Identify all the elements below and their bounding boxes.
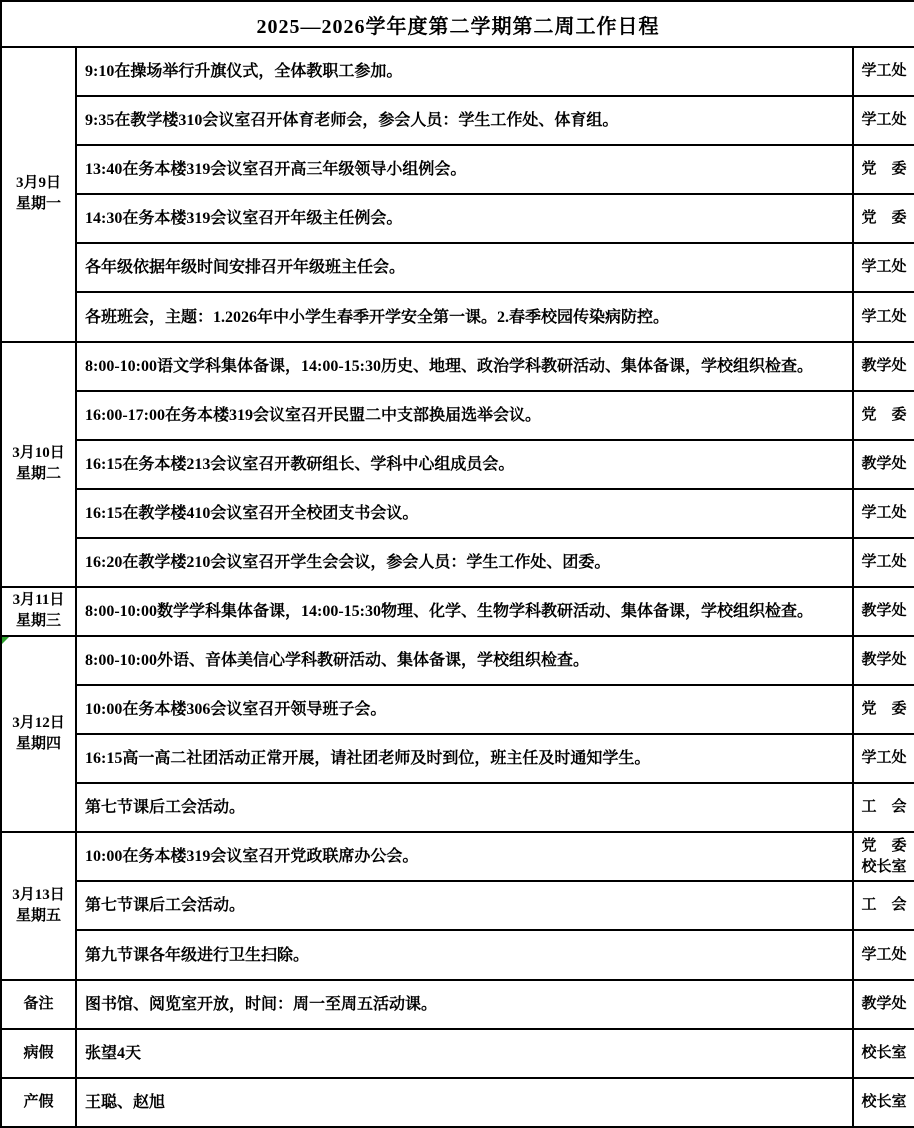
department-label: 党 委 校长室 (853, 832, 914, 881)
date-cell-tuesday: 3月10日 星期二 (1, 342, 76, 587)
department-label: 学工处 (853, 243, 914, 292)
department-label: 校长室 (853, 1078, 914, 1127)
department-label: 学工处 (853, 47, 914, 96)
table-row: 9:35在教学楼310会议室召开体育老师会，参会人员：学生工作处、体育组。 学工… (1, 96, 914, 145)
sick-leave-label-cell: 病假 (1, 1029, 76, 1078)
table-row: 16:15在教学楼410会议室召开全校团支书会议。 学工处 (1, 489, 914, 538)
table-row: 病假 张望4天 校长室 (1, 1029, 914, 1078)
schedule-item-text: 8:00-10:00外语、音体美信心学科教研活动、集体备课，学校组织检查。 (76, 636, 853, 685)
schedule-item-text: 14:30在务本楼319会议室召开年级主任例会。 (76, 194, 853, 243)
schedule-item-text: 第七节课后工会活动。 (76, 881, 853, 930)
schedule-item-text: 8:00-10:00语文学科集体备课，14:00-15:30历史、地理、政治学科… (76, 342, 853, 391)
table-row: 第七节课后工会活动。 工 会 (1, 881, 914, 930)
cell-error-marker-icon (2, 637, 9, 644)
note-text: 图书馆、阅览室开放，时间：周一至周五活动课。 (76, 980, 853, 1029)
date-label: 3月9日 (4, 173, 73, 194)
department-label: 学工处 (853, 489, 914, 538)
table-row: 10:00在务本楼306会议室召开领导班子会。 党 委 (1, 685, 914, 734)
schedule-item-text: 第七节课后工会活动。 (76, 783, 853, 832)
table-row: 3月9日 星期一 9:10在操场举行升旗仪式，全体教职工参加。 学工处 (1, 47, 914, 96)
department-label: 学工处 (853, 538, 914, 587)
table-row: 3月13日 星期五 10:00在务本楼319会议室召开党政联席办公会。 党 委 … (1, 832, 914, 881)
department-label: 党 委 (853, 685, 914, 734)
table-row: 14:30在务本楼319会议室召开年级主任例会。 党 委 (1, 194, 914, 243)
department-label: 校长室 (853, 1029, 914, 1078)
schedule-item-text: 各年级依据年级时间安排召开年级班主任会。 (76, 243, 853, 292)
weekday-label: 星期五 (4, 906, 73, 927)
table-row: 3月10日 星期二 8:00-10:00语文学科集体备课，14:00-15:30… (1, 342, 914, 391)
schedule-item-text: 10:00在务本楼306会议室召开领导班子会。 (76, 685, 853, 734)
schedule-item-text: 9:35在教学楼310会议室召开体育老师会，参会人员：学生工作处、体育组。 (76, 96, 853, 145)
date-label: 3月12日 (4, 713, 73, 734)
department-label: 学工处 (853, 734, 914, 783)
table-row: 3月11日 星期三 8:00-10:00数学学科集体备课，14:00-15:30… (1, 587, 914, 636)
date-cell-friday: 3月13日 星期五 (1, 832, 76, 979)
schedule-item-text: 各班班会，主题：1.2026年中小学生春季开学安全第一课。2.春季校园传染病防控… (76, 292, 853, 341)
table-row: 16:00-17:00在务本楼319会议室召开民盟二中支部换届选举会议。 党 委 (1, 391, 914, 440)
schedule-item-text: 9:10在操场举行升旗仪式，全体教职工参加。 (76, 47, 853, 96)
table-row: 第七节课后工会活动。 工 会 (1, 783, 914, 832)
department-label: 教学处 (853, 440, 914, 489)
department-label: 教学处 (853, 587, 914, 636)
department-label: 学工处 (853, 292, 914, 341)
department-label: 学工处 (853, 930, 914, 979)
schedule-item-text: 16:20在教学楼210会议室召开学生会会议，参会人员：学生工作处、团委。 (76, 538, 853, 587)
department-label: 党 委 (853, 194, 914, 243)
table-row: 16:15在务本楼213会议室召开教研组长、学科中心组成员会。 教学处 (1, 440, 914, 489)
department-label: 党 委 (853, 145, 914, 194)
table-row: 各年级依据年级时间安排召开年级班主任会。 学工处 (1, 243, 914, 292)
schedule-item-text: 10:00在务本楼319会议室召开党政联席办公会。 (76, 832, 853, 881)
schedule-item-text: 16:15高一高二社团活动正常开展，请社团老师及时到位，班主任及时通知学生。 (76, 734, 853, 783)
department-label: 教学处 (853, 342, 914, 391)
maternity-leave-label-cell: 产假 (1, 1078, 76, 1127)
department-label: 教学处 (853, 636, 914, 685)
weekday-label: 星期三 (4, 611, 73, 632)
sick-leave-text: 张望4天 (76, 1029, 853, 1078)
table-row: 备注 图书馆、阅览室开放，时间：周一至周五活动课。 教学处 (1, 980, 914, 1029)
schedule-item-text: 13:40在务本楼319会议室召开高三年级领导小组例会。 (76, 145, 853, 194)
schedule-item-text: 8:00-10:00数学学科集体备课，14:00-15:30物理、化学、生物学科… (76, 587, 853, 636)
weekday-label: 星期四 (4, 734, 73, 755)
weekday-label: 星期二 (4, 464, 73, 485)
table-row: 各班班会，主题：1.2026年中小学生春季开学安全第一课。2.春季校园传染病防控… (1, 292, 914, 341)
table-row: 16:20在教学楼210会议室召开学生会会议，参会人员：学生工作处、团委。 学工… (1, 538, 914, 587)
table-row: 13:40在务本楼319会议室召开高三年级领导小组例会。 党 委 (1, 145, 914, 194)
title-row: 2025—2026学年度第二学期第二周工作日程 (1, 1, 914, 47)
schedule-item-text: 16:15在务本楼213会议室召开教研组长、学科中心组成员会。 (76, 440, 853, 489)
date-label: 3月10日 (4, 443, 73, 464)
date-cell-monday: 3月9日 星期一 (1, 47, 76, 341)
work-schedule-table: 2025—2026学年度第二学期第二周工作日程 3月9日 星期一 9:10在操场… (0, 0, 914, 1128)
schedule-item-text: 第九节课各年级进行卫生扫除。 (76, 930, 853, 979)
department-label: 教学处 (853, 980, 914, 1029)
table-row: 3月12日 星期四 8:00-10:00外语、音体美信心学科教研活动、集体备课，… (1, 636, 914, 685)
schedule-item-text: 16:00-17:00在务本楼319会议室召开民盟二中支部换届选举会议。 (76, 391, 853, 440)
department-label: 工 会 (853, 881, 914, 930)
note-label-cell: 备注 (1, 980, 76, 1029)
date-cell-wednesday: 3月11日 星期三 (1, 587, 76, 636)
schedule-item-text: 16:15在教学楼410会议室召开全校团支书会议。 (76, 489, 853, 538)
department-label: 党 委 (853, 391, 914, 440)
date-label: 3月11日 (4, 590, 73, 611)
date-cell-thursday: 3月12日 星期四 (1, 636, 76, 832)
table-row: 产假 王聪、赵旭 校长室 (1, 1078, 914, 1127)
table-row: 第九节课各年级进行卫生扫除。 学工处 (1, 930, 914, 979)
department-label: 学工处 (853, 96, 914, 145)
table-row: 16:15高一高二社团活动正常开展，请社团老师及时到位，班主任及时通知学生。 学… (1, 734, 914, 783)
department-label: 工 会 (853, 783, 914, 832)
date-label: 3月13日 (4, 885, 73, 906)
page-title: 2025—2026学年度第二学期第二周工作日程 (1, 1, 914, 47)
maternity-leave-text: 王聪、赵旭 (76, 1078, 853, 1127)
weekday-label: 星期一 (4, 194, 73, 215)
